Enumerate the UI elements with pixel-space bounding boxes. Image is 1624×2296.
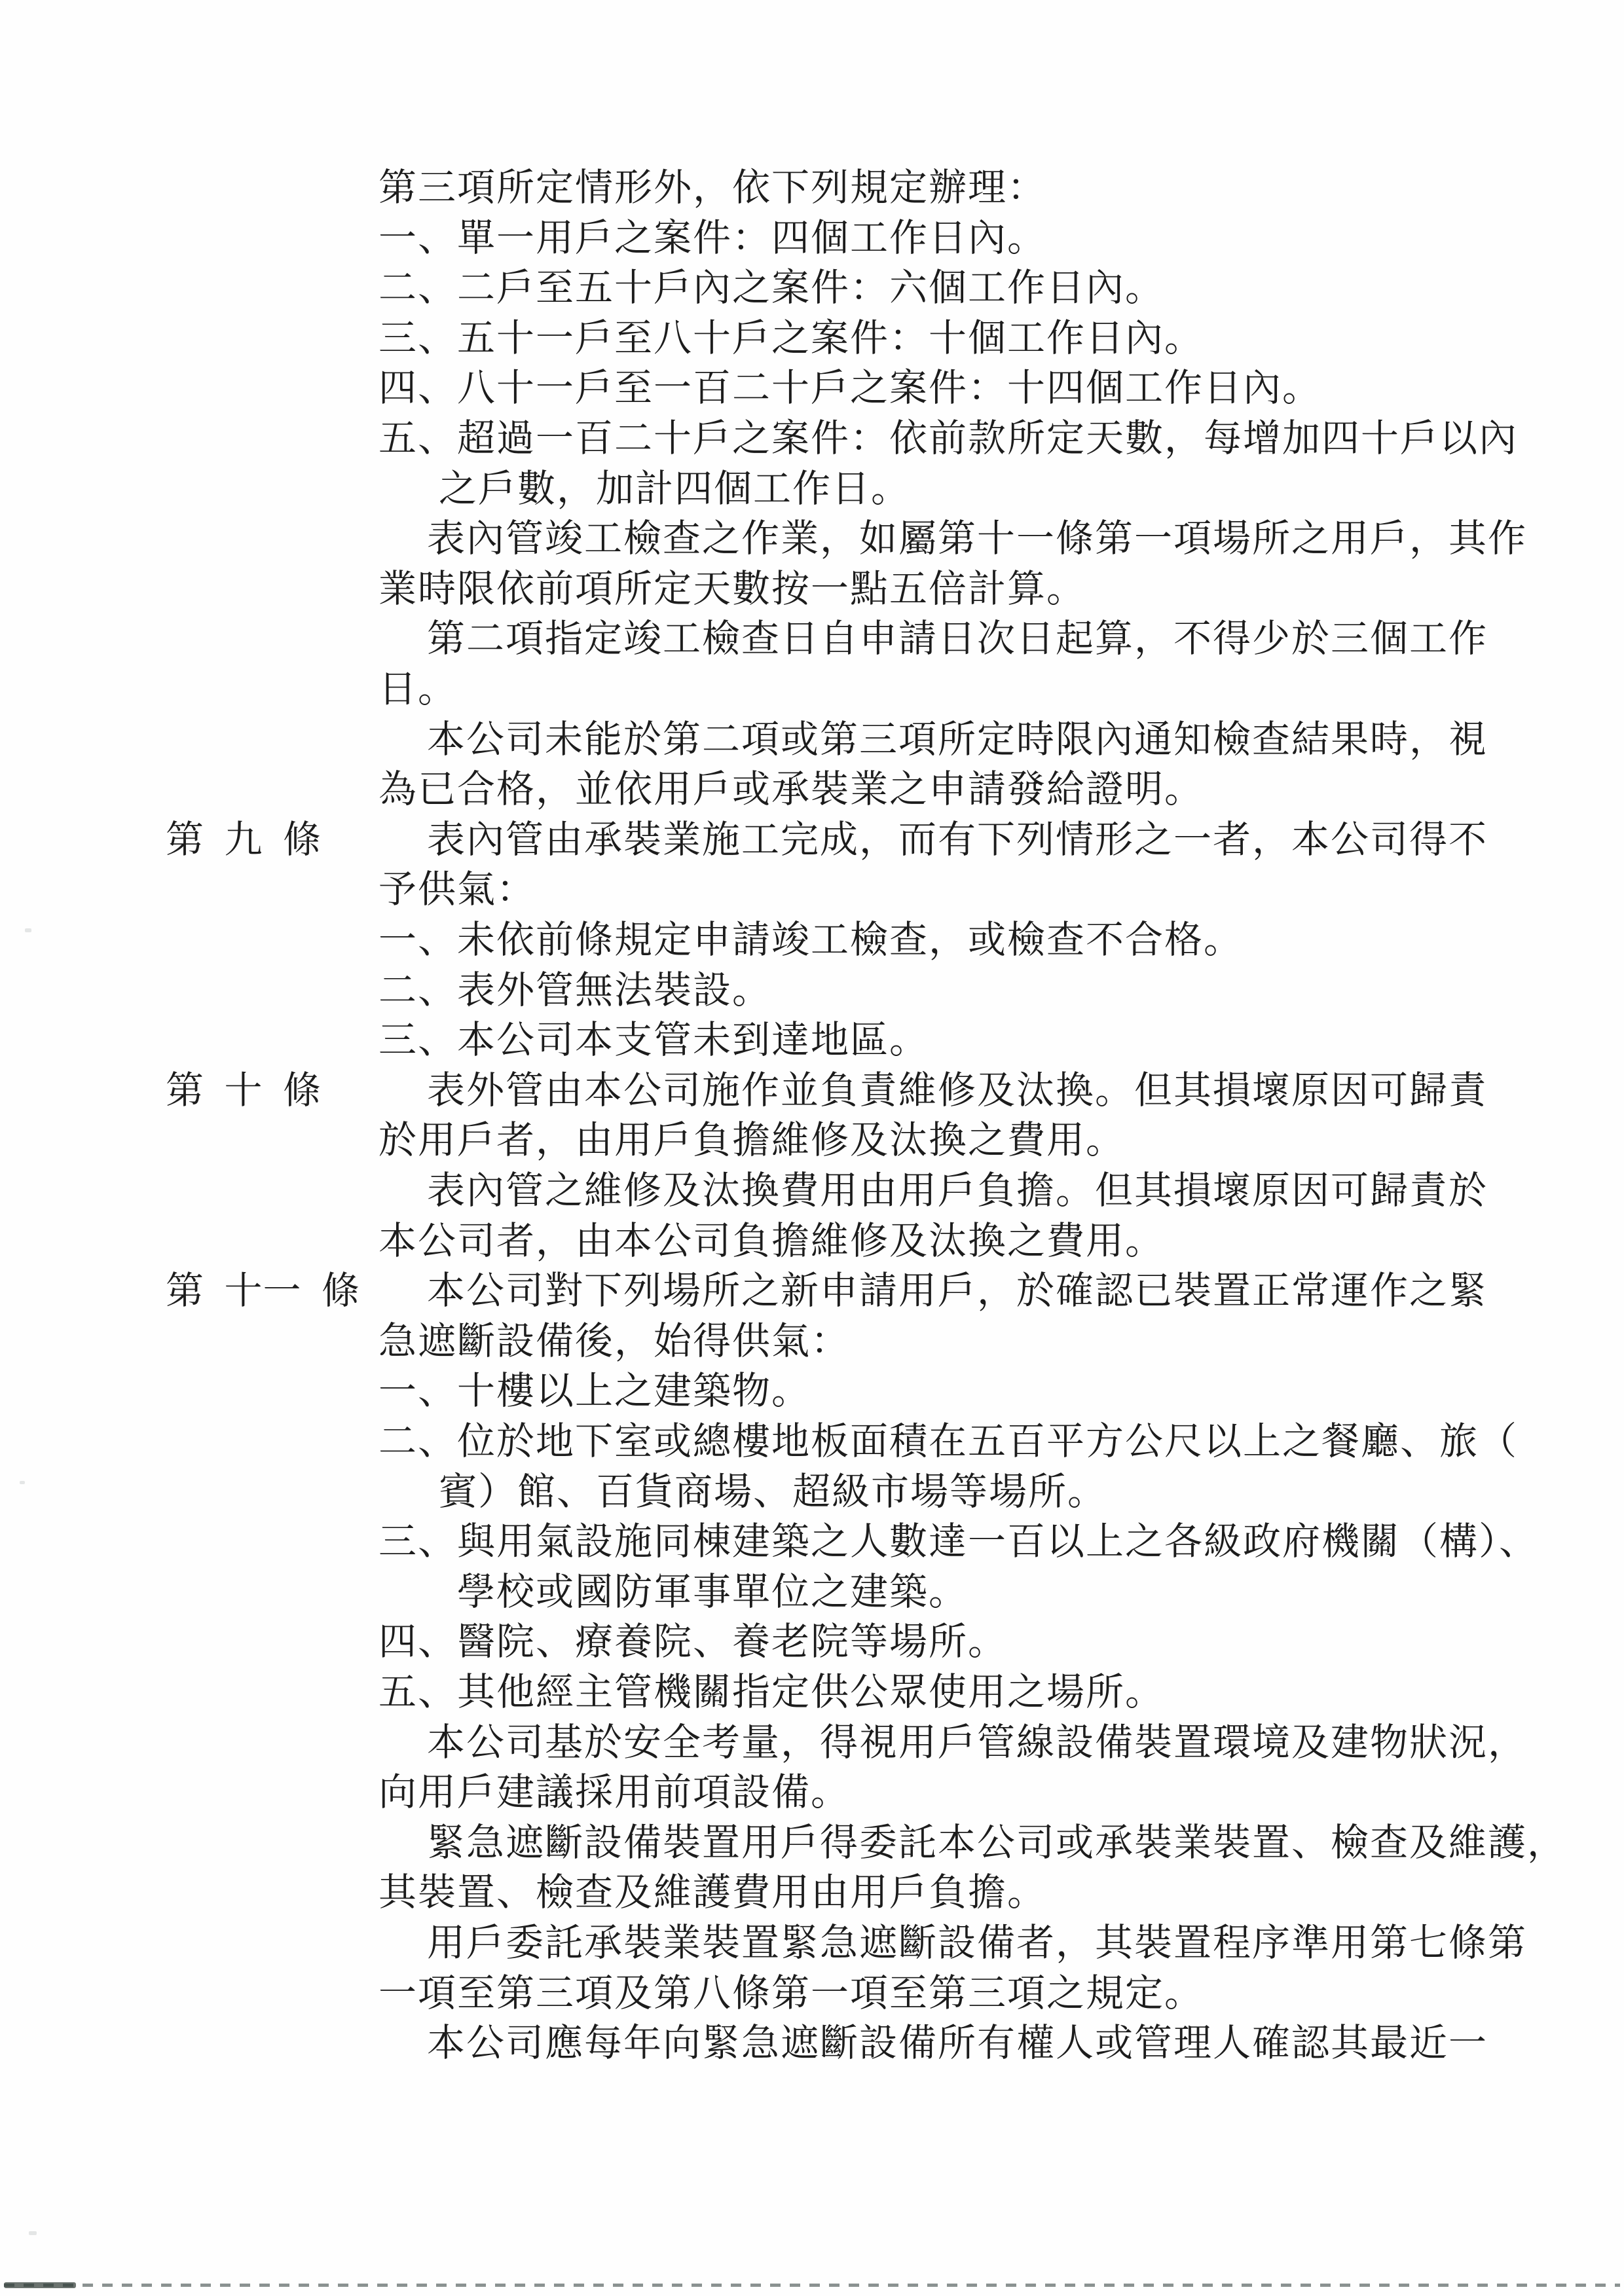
text-line: 一項至第三項及第八條第一項至第三項之規定。 [378, 1975, 1204, 2013]
article-number: 第 十 條 [166, 1072, 322, 1110]
text-line: 三、本公司本支管未到達地區。 [378, 1021, 929, 1059]
document-page: 第三項所定情形外，依下列規定辦理：一、單一用戶之案件：四個工作日內。二、二戶至五… [0, 0, 1624, 2296]
text-line: 第二項指定竣工檢查日自申請日次日起算，不得少於三個工作 [427, 620, 1488, 658]
text-line: 表外管由本公司施作並負責維修及汰換。但其損壞原因可歸責 [427, 1072, 1488, 1110]
text-line: 日。 [378, 670, 457, 708]
text-line: 本公司者，由本公司負擔維修及汰換之費用。 [378, 1222, 1164, 1260]
text-line: 急遮斷設備後，始得供氣： [378, 1322, 850, 1360]
article-number: 第 十一 條 [166, 1272, 360, 1310]
text-line: 用戶委託承裝業裝置緊急遮斷設備者，其裝置程序準用第七條第 [427, 1924, 1527, 1962]
text-line: 四、八十一戶至一百二十戶之案件：十四個工作日內。 [378, 369, 1321, 407]
text-line: 本公司未能於第二項或第三項所定時限內通知檢查結果時，視 [427, 721, 1488, 759]
text-line: 為已合格，並依用戶或承裝業之申請發給證明。 [378, 771, 1204, 809]
text-line: 五、超過一百二十戶之案件：依前款所定天數，每增加四十戶以內 [378, 420, 1518, 458]
text-line: 之戶數，加計四個工作日。 [439, 470, 910, 508]
text-line: 表內管由承裝業施工完成，而有下列情形之一者，本公司得不 [427, 821, 1488, 859]
text-line: 業時限依前項所定天數按一點五倍計算。 [378, 570, 1086, 608]
scan-artifact-speck [20, 1481, 25, 1484]
text-line: 向用戶建議採用前項設備。 [378, 1774, 850, 1812]
article-number: 第 九 條 [166, 821, 322, 859]
text-line: 一、十樓以上之建築物。 [378, 1372, 811, 1410]
text-line: 表內管之維修及汰換費用由用戶負擔。但其損壞原因可歸責於 [427, 1172, 1488, 1210]
scan-artifact-speck [29, 2231, 37, 2235]
text-line: 緊急遮斷設備裝置用戶得委託本公司或承裝業裝置、檢查及維護， [427, 1824, 1566, 1862]
text-line: 一、未依前條規定申請竣工檢查，或檢查不合格。 [378, 921, 1243, 959]
scan-artifact-speck [25, 928, 31, 932]
text-line: 二、二戶至五十戶內之案件：六個工作日內。 [378, 269, 1164, 307]
text-line: 二、位於地下室或總樓地板面積在五百平方公尺以上之餐廳、旅（ [378, 1423, 1518, 1461]
scan-artifact-bottom-line [4, 2284, 1620, 2287]
text-line: 五、其他經主管機關指定供公眾使用之場所。 [378, 1673, 1164, 1711]
text-line: 四、醫院、療養院、養老院等場所。 [378, 1623, 1007, 1661]
text-line: 本公司基於安全考量，得視用戶管線設備裝置環境及建物狀況， [427, 1724, 1527, 1762]
text-line: 賓）館、百貨商場、超級市場等場所。 [439, 1473, 1107, 1511]
text-line: 於用戶者，由用戶負擔維修及汰換之費用。 [378, 1121, 1125, 1159]
text-line: 本公司應每年向緊急遮斷設備所有權人或管理人確認其最近一 [427, 2024, 1488, 2062]
text-line: 學校或國防軍事單位之建築。 [457, 1573, 968, 1611]
text-line: 予供氣： [378, 871, 536, 909]
text-line: 其裝置、檢查及維護費用由用戶負擔。 [378, 1874, 1046, 1912]
text-line: 三、與用氣設施同棟建築之人數達一百以上之各級政府機關（構）、 [378, 1523, 1538, 1561]
text-line: 表內管竣工檢查之作業，如屬第十一條第一項場所之用戶，其作 [427, 520, 1527, 558]
text-line: 一、單一用戶之案件：四個工作日內。 [378, 219, 1046, 257]
text-line: 三、五十一戶至八十戶之案件：十個工作日內。 [378, 319, 1204, 357]
text-line: 本公司對下列場所之新申請用戶，於確認已裝置正常運作之緊 [427, 1272, 1488, 1310]
text-line: 第三項所定情形外，依下列規定辦理： [378, 169, 1046, 207]
text-line: 二、表外管無法裝設。 [378, 972, 771, 1010]
